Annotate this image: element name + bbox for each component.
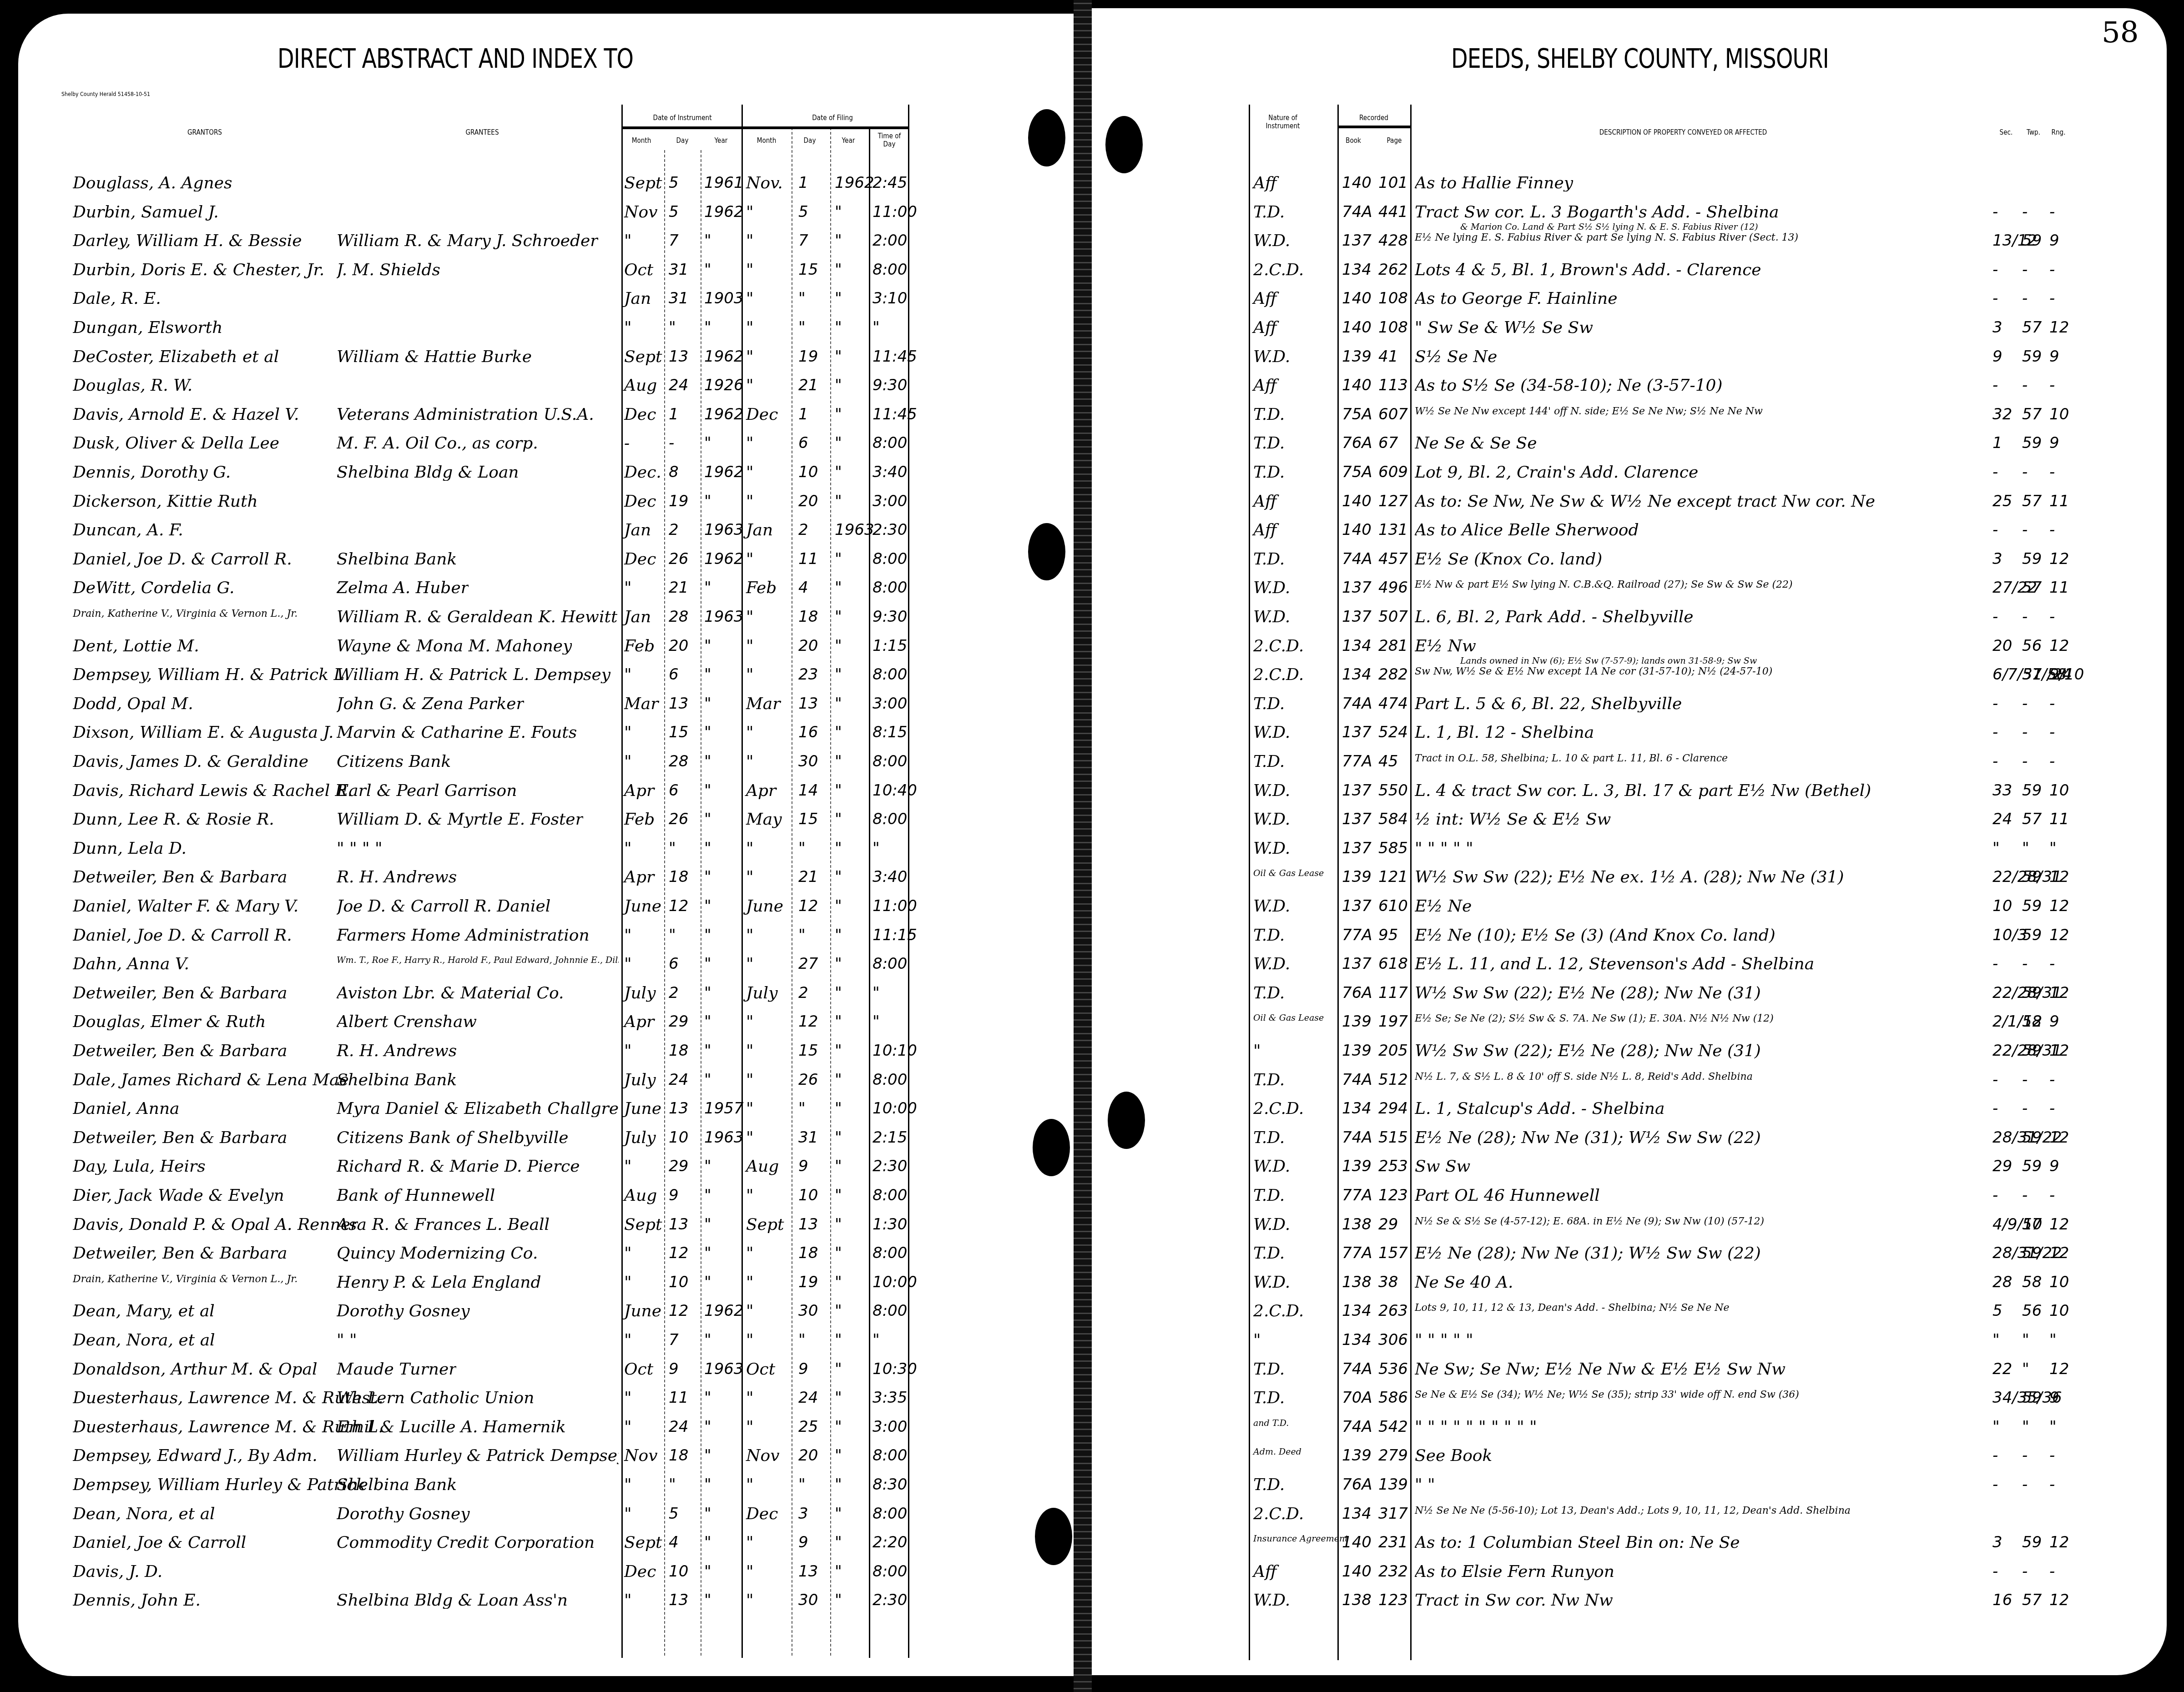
- cell-nature: Oil & Gas Lease: [1253, 1014, 1324, 1022]
- cell-nature: W.D.: [1253, 233, 1290, 249]
- cell-grantor: Dodd, Opal M.: [73, 696, 193, 712]
- cell-time: 2:30: [873, 1158, 907, 1174]
- cell-file-day: 21: [798, 378, 818, 393]
- cell-grantor: Dempsey, William Hurley & Patrick: [73, 1477, 366, 1493]
- cell-inst-day: 19: [669, 493, 688, 509]
- cell-file-month: ": [746, 1188, 754, 1204]
- cell-book: 139: [1342, 1043, 1372, 1058]
- cell-rng: 10: [2049, 1274, 2069, 1290]
- cell-twp: 59: [2022, 349, 2042, 364]
- cell-file-day: ": [798, 841, 806, 856]
- cell-rng: -: [2049, 291, 2055, 306]
- cell-twp: 59: [2022, 551, 2042, 567]
- binder-hole: [1108, 1092, 1145, 1149]
- cell-twp: 59: [2022, 233, 2042, 248]
- cell-twp: 59: [2022, 1043, 2042, 1058]
- cell-inst-year: 1961: [704, 175, 744, 191]
- year-header: Year: [707, 136, 735, 145]
- cell-file-year: ": [835, 1390, 842, 1405]
- cell-file-month: Nov.: [746, 175, 783, 191]
- cell-inst-year: 1962: [704, 551, 744, 567]
- cell-inst-day: -: [669, 435, 674, 451]
- cell-file-month: ": [746, 1419, 754, 1435]
- cell-file-day: 10: [798, 464, 818, 480]
- cell-rng: -: [2049, 725, 2055, 740]
- twp-header: Twp.: [2024, 128, 2043, 136]
- cell-sec: -: [1992, 204, 1998, 220]
- cell-page: 496: [1378, 580, 1408, 595]
- cell-inst-year: ": [704, 1477, 711, 1492]
- cell-inst-month: Jan: [624, 291, 651, 307]
- cell-grantee: Shelbina Bldg & Loan: [337, 464, 519, 481]
- cell-description: W½ Sw Sw (22); E½ Ne ex. 1½ A. (28); Nw …: [1415, 869, 1844, 886]
- cell-time: 8:00: [873, 811, 907, 827]
- cell-nature: W.D.: [1253, 956, 1290, 972]
- cell-inst-month: ": [624, 927, 632, 944]
- cell-nature: T.D.: [1253, 696, 1285, 712]
- cell-file-day: 20: [798, 638, 818, 654]
- cell-grantee: Emil & Lucille A. Hamernik: [337, 1419, 566, 1435]
- cell-time: 10:40: [873, 783, 917, 798]
- cell-grantor: Davis, Richard Lewis & Rachel R.: [73, 783, 353, 799]
- cell-grantee: R. H. Andrews: [337, 1043, 457, 1059]
- cell-page: 45: [1378, 754, 1398, 769]
- cell-description: See Book: [1415, 1448, 1492, 1464]
- cell-file-day: 9: [798, 1535, 808, 1550]
- cell-description: W½ Sw Sw (22); E½ Ne (28); Nw Ne (31): [1415, 1043, 1761, 1059]
- cell-file-year: ": [835, 1506, 842, 1521]
- cell-file-year: ": [835, 1130, 842, 1145]
- cell-sec: ": [1992, 1332, 2000, 1348]
- cell-sec: -: [1992, 291, 1998, 306]
- nature-of-instrument-header: Nature of Instrument: [1264, 114, 1302, 131]
- cell-page: 542: [1378, 1419, 1408, 1435]
- cell-description: " " " " ": [1415, 1332, 1473, 1349]
- cell-grantee: John G. & Zena Parker: [337, 696, 524, 712]
- cell-file-month: ": [746, 1245, 754, 1262]
- cell-nature: W.D.: [1253, 349, 1290, 365]
- cell-twp: 59: [2022, 1130, 2042, 1145]
- cell-book: 75A: [1342, 407, 1372, 422]
- cell-inst-year: ": [704, 1332, 711, 1348]
- cell-rng: 9: [2049, 1158, 2059, 1174]
- cell-time: ": [873, 1332, 880, 1348]
- cell-grantor: Daniel, Joe & Carroll: [73, 1535, 246, 1551]
- cell-inst-month: Feb: [624, 811, 655, 828]
- cell-sec: 29: [1992, 1158, 2012, 1174]
- cell-book: 77A: [1342, 1188, 1372, 1203]
- cell-sec: 22: [1992, 1361, 2012, 1377]
- cell-description: Sw Nw, W½ Se & E½ Nw except 1A Ne cor (3…: [1415, 667, 1772, 677]
- cell-grantee: " ": [337, 1332, 357, 1349]
- cell-sec: 32: [1992, 407, 2012, 422]
- cell-page: 282: [1378, 667, 1408, 682]
- binder-hole: [1033, 1119, 1070, 1176]
- cell-time: 9:30: [873, 378, 907, 393]
- cell-time: 8:00: [873, 1245, 907, 1261]
- cell-inst-day: 10: [669, 1274, 688, 1290]
- cell-twp: 57: [2022, 580, 2042, 595]
- cell-nature: W.D.: [1253, 580, 1290, 596]
- cell-description: Tract in O.L. 58, Shelbina; L. 10 & part…: [1415, 754, 1728, 764]
- cell-file-year: ": [835, 638, 842, 654]
- cell-nature: T.D.: [1253, 1390, 1285, 1406]
- column-rule: [1410, 105, 1412, 1660]
- cell-inst-day: 8: [669, 464, 679, 480]
- cell-inst-month: Sept: [624, 175, 662, 191]
- cell-nature: T.D.: [1253, 1245, 1285, 1262]
- cell-grantee: Richard R. & Marie D. Pierce: [337, 1158, 580, 1175]
- cell-twp: 59: [2022, 783, 2042, 798]
- cell-description: As to: Se Nw, Ne Sw & W½ Ne except tract…: [1415, 493, 1875, 510]
- cell-file-month: ": [746, 551, 754, 568]
- cell-sec: 3: [1992, 320, 2002, 335]
- cell-time: 2:00: [873, 233, 907, 248]
- cell-page: 41: [1378, 349, 1398, 364]
- cell-file-month: ": [746, 1072, 754, 1088]
- cell-page: 294: [1378, 1101, 1408, 1116]
- cell-grantor: Douglas, Elmer & Ruth: [73, 1014, 266, 1030]
- cell-page: 610: [1378, 898, 1408, 914]
- cell-nature: 2.C.D.: [1253, 1506, 1304, 1522]
- cell-twp: ": [2022, 841, 2029, 856]
- cell-book: 74A: [1342, 1130, 1372, 1145]
- cell-inst-day: ": [669, 1477, 676, 1492]
- cell-inst-day: 9: [669, 1188, 679, 1203]
- cell-time: 2:45: [873, 175, 907, 191]
- cell-time: 1:30: [873, 1217, 907, 1232]
- cell-nature: T.D.: [1253, 551, 1285, 568]
- cell-sec: 9: [1992, 349, 2002, 364]
- cell-nature: W.D.: [1253, 783, 1290, 799]
- cell-inst-day: 13: [669, 1592, 688, 1608]
- cell-book: 137: [1342, 233, 1372, 248]
- cell-inst-month: Jan: [624, 609, 651, 625]
- cell-file-day: 15: [798, 1043, 818, 1058]
- cell-book: 137: [1342, 725, 1372, 740]
- column-rule: [621, 105, 623, 1658]
- cell-nature: Aff: [1253, 291, 1277, 307]
- cell-nature: W.D.: [1253, 841, 1290, 857]
- cell-rng: -: [2049, 754, 2055, 769]
- cell-inst-year: ": [704, 1217, 711, 1232]
- cell-inst-day: 6: [669, 956, 679, 972]
- filing-day-header: Day: [796, 136, 823, 145]
- cell-inst-day: 29: [669, 1158, 688, 1174]
- cell-sec: -: [1992, 464, 1998, 480]
- cell-inst-year: 1926: [704, 378, 744, 393]
- cell-description: Part OL 46 Hunnewell: [1415, 1188, 1600, 1204]
- cell-file-year: ": [835, 1303, 842, 1319]
- cell-file-month: ": [746, 1564, 754, 1580]
- cell-grantor: Daniel, Joe D. & Carroll R.: [73, 927, 292, 944]
- cell-inst-month: ": [624, 841, 632, 857]
- cell-file-month: ": [746, 1014, 754, 1030]
- cell-page: 507: [1378, 609, 1408, 624]
- cell-rng: 10: [2049, 783, 2069, 798]
- cell-description: Tract Sw cor. L. 3 Bogarth's Add. - Shel…: [1415, 204, 1779, 221]
- cell-file-month: Oct: [746, 1361, 775, 1378]
- cell-description: Part L. 5 & 6, Bl. 22, Shelbyville: [1415, 696, 1682, 712]
- header-rule: [1337, 126, 1410, 128]
- cell-twp: ": [2022, 1332, 2029, 1348]
- cell-page: 67: [1378, 435, 1398, 451]
- cell-inst-day: 13: [669, 349, 688, 364]
- cell-file-day: 12: [798, 898, 818, 914]
- cell-time: 9:30: [873, 609, 907, 624]
- cell-file-year: ": [835, 1448, 842, 1463]
- cell-file-day: 30: [798, 754, 818, 769]
- cell-description: L. 1, Stalcup's Add. - Shelbina: [1415, 1101, 1664, 1117]
- cell-page: 306: [1378, 1332, 1408, 1348]
- cell-page: 428: [1378, 233, 1408, 248]
- cell-file-month: ": [746, 233, 754, 249]
- cell-description: E½ Se; Se Ne (2); S½ Sw & S. 7A. Ne Sw (…: [1415, 1014, 1774, 1024]
- printer-imprint: Shelby County Herald 51458-10-51: [61, 91, 150, 98]
- column-rule: [792, 127, 792, 1656]
- cell-book: 139: [1342, 1014, 1372, 1029]
- cell-twp: ": [2022, 1361, 2029, 1377]
- cell-file-year: ": [835, 985, 842, 1001]
- cell-file-day: 30: [798, 1303, 818, 1319]
- cell-time: 3:40: [873, 869, 907, 885]
- cell-rng: -: [2049, 956, 2055, 972]
- cell-grantee: Shelbina Bank: [337, 551, 457, 568]
- cell-rng: 12: [2049, 869, 2069, 885]
- cell-file-day: 9: [798, 1158, 808, 1174]
- cell-grantee: Dorothy Gosney: [337, 1506, 470, 1522]
- cell-rng: -: [2049, 1477, 2055, 1492]
- cell-page: 279: [1378, 1448, 1408, 1463]
- column-rule: [908, 105, 909, 1658]
- cell-inst-day: 11: [669, 1390, 688, 1405]
- cell-file-day: 23: [798, 667, 818, 682]
- cell-description: " ": [1415, 1477, 1435, 1493]
- cell-rng: -: [2049, 1448, 2055, 1463]
- cell-grantee: Albert Crenshaw: [337, 1014, 477, 1030]
- cell-description: " Sw Se & W½ Se Sw: [1415, 320, 1593, 336]
- cell-grantee: William H. & Patrick L. Dempsey: [337, 667, 610, 683]
- filing-year-header: Year: [835, 136, 862, 145]
- cell-nature: Aff: [1253, 320, 1277, 336]
- cell-file-month: ": [746, 1332, 754, 1349]
- cell-description: As to Hallie Finney: [1415, 175, 1573, 191]
- cell-nature: Oil & Gas Lease: [1253, 869, 1324, 878]
- cell-inst-year: 1962: [704, 349, 744, 364]
- cell-book: 140: [1342, 522, 1372, 538]
- cell-file-day: 11: [798, 551, 818, 567]
- cell-inst-month: Oct: [624, 1361, 653, 1378]
- cell-book: 74A: [1342, 696, 1372, 711]
- cell-page: 618: [1378, 956, 1408, 972]
- cell-rng: 12: [2049, 1535, 2069, 1550]
- cell-inst-year: 1962: [704, 204, 744, 220]
- cell-twp: 57: [2022, 811, 2042, 827]
- cell-inst-month: Nov: [624, 1448, 658, 1464]
- cell-sec: -: [1992, 1072, 1998, 1088]
- cell-description: ½ int: W½ Se & E½ Sw: [1415, 811, 1611, 828]
- cell-book: 134: [1342, 1332, 1372, 1348]
- cell-book: 74A: [1342, 551, 1372, 567]
- cell-rng: 12: [2049, 1043, 2069, 1058]
- cell-inst-day: 20: [669, 638, 688, 654]
- cell-sec: 5: [1992, 1303, 2002, 1319]
- cell-inst-day: 6: [669, 667, 679, 682]
- cell-file-day: 18: [798, 1245, 818, 1261]
- cell-sec: -: [1992, 378, 1998, 393]
- cell-file-day: 2: [798, 985, 808, 1001]
- cell-time: 11:45: [873, 349, 917, 364]
- cell-file-day: 21: [798, 869, 818, 885]
- cell-grantor: Davis, J. D.: [73, 1564, 162, 1580]
- cell-file-year: ": [835, 349, 842, 364]
- cell-grantor: DeCoster, Elizabeth et al: [73, 349, 279, 365]
- cell-book: 75A: [1342, 464, 1372, 480]
- cell-file-month: ": [746, 869, 754, 886]
- cell-inst-year: ": [704, 783, 711, 798]
- cell-grantee: William D. & Myrtle E. Foster: [337, 811, 583, 828]
- cell-time: 2:30: [873, 1592, 907, 1608]
- cell-inst-month: ": [624, 320, 632, 336]
- cell-time: 8:00: [873, 667, 907, 682]
- cell-grantor: Detweiler, Ben & Barbara: [73, 1130, 287, 1146]
- cell-inst-day: 4: [669, 1535, 679, 1550]
- cell-time: 3:10: [873, 291, 907, 306]
- cell-twp: -: [2022, 378, 2028, 393]
- cell-file-month: ": [746, 349, 754, 365]
- cell-grantor: Dahn, Anna V.: [73, 956, 189, 972]
- cell-inst-year: ": [704, 985, 711, 1001]
- cell-description: E½ Ne (28); Nw Ne (31); W½ Sw Sw (22): [1415, 1245, 1761, 1262]
- cell-nature: T.D.: [1253, 1188, 1285, 1204]
- cell-grantor: Dungan, Elsworth: [73, 320, 222, 336]
- cell-page: 197: [1378, 1014, 1408, 1029]
- cell-rng: 12: [2049, 638, 2069, 654]
- cell-rng: 12: [2049, 1361, 2069, 1377]
- cell-time: 2:15: [873, 1130, 907, 1145]
- cell-book: 138: [1342, 1217, 1372, 1232]
- cell-page: 205: [1378, 1043, 1408, 1058]
- cell-page: 117: [1378, 985, 1408, 1001]
- cell-rng: -: [2049, 464, 2055, 480]
- cell-inst-month: Dec: [624, 493, 656, 510]
- cell-grantee: Zelma A. Huber: [337, 580, 469, 596]
- cell-rng: 12: [2049, 320, 2069, 335]
- cell-file-year: ": [835, 262, 842, 277]
- cell-file-day: 5: [798, 204, 808, 220]
- column-rule: [830, 127, 831, 1656]
- cell-time: ": [873, 985, 880, 1001]
- cell-inst-year: ": [704, 1390, 711, 1405]
- cell-nature: ": [1253, 1043, 1261, 1059]
- cell-page: 550: [1378, 783, 1408, 798]
- cell-grantor: Dempsey, William H. & Patrick L.: [73, 667, 350, 683]
- cell-file-day: ": [798, 927, 806, 943]
- cell-book: 140: [1342, 291, 1372, 306]
- cell-grantor: Drain, Katherine V., Virginia & Vernon L…: [73, 609, 298, 619]
- cell-time: ": [873, 841, 880, 856]
- cell-file-month: ": [746, 754, 754, 770]
- cell-file-day: ": [798, 291, 806, 306]
- cell-inst-month: Dec: [624, 407, 656, 423]
- cell-grantor: Dean, Nora, et al: [73, 1332, 215, 1349]
- cell-book: 134: [1342, 667, 1372, 682]
- cell-inst-day: 13: [669, 1217, 688, 1232]
- cell-nature: 2.C.D.: [1253, 262, 1304, 278]
- cell-grantee: Bank of Hunnewell: [337, 1188, 495, 1204]
- cell-file-year: ": [835, 291, 842, 306]
- cell-grantee: Henry P. & Lela England: [337, 1274, 541, 1291]
- cell-time: 10:30: [873, 1361, 917, 1377]
- cell-page: 123: [1378, 1188, 1408, 1203]
- column-rule: [664, 150, 665, 1656]
- cell-grantee: Shelbina Bank: [337, 1072, 457, 1088]
- cell-file-year: ": [835, 609, 842, 624]
- cell-page: 512: [1378, 1072, 1408, 1088]
- cell-nature: T.D.: [1253, 985, 1285, 1002]
- cell-twp: -: [2022, 1448, 2028, 1463]
- cell-file-day: 31: [798, 1130, 818, 1145]
- date-of-filing-header: Date of Filing: [761, 114, 904, 122]
- cell-inst-month: ": [624, 1274, 632, 1291]
- cell-sec: 16: [1992, 1592, 2012, 1608]
- binder-hole: [1028, 109, 1065, 166]
- cell-rng: -: [2049, 1101, 2055, 1116]
- cell-description: As to: 1 Columbian Steel Bin on: Ne Se: [1415, 1535, 1740, 1551]
- cell-nature: Aff: [1253, 522, 1277, 539]
- cell-page: 108: [1378, 291, 1408, 306]
- cell-file-day: 15: [798, 262, 818, 277]
- cell-inst-day: 1: [669, 407, 679, 422]
- cell-time: 10:10: [873, 1043, 917, 1058]
- cell-sec: -: [1992, 522, 1998, 538]
- cell-description: Lot 9, Bl. 2, Crain's Add. Clarence: [1415, 464, 1698, 481]
- cell-rng: 12: [2049, 985, 2069, 1001]
- cell-file-day: 15: [798, 811, 818, 827]
- cell-grantee: Citizens Bank of Shelbyville: [337, 1130, 568, 1146]
- cell-inst-day: 13: [669, 1101, 688, 1116]
- cell-inst-month: July: [624, 985, 656, 1002]
- cell-nature: T.D.: [1253, 407, 1285, 423]
- right-title: DEEDS, SHELBY COUNTY, MISSOURI: [1451, 43, 1829, 74]
- cell-twp: -: [2022, 464, 2028, 480]
- cell-nature: 2.C.D.: [1253, 667, 1304, 683]
- cell-inst-day: 24: [669, 378, 688, 393]
- cell-grantee: William Hurley & Patrick Dempsey: [337, 1448, 619, 1464]
- cell-inst-month: Sept: [624, 1535, 662, 1551]
- cell-grantee: Asa R. & Frances L. Beall: [337, 1217, 550, 1233]
- cell-description: S½ Se Ne: [1415, 349, 1497, 365]
- cell-rng: 9: [2049, 233, 2059, 248]
- cell-grantor: Dale, James Richard & Lena Mae: [73, 1072, 349, 1088]
- cell-page: 474: [1378, 696, 1408, 711]
- cell-file-year: ": [835, 667, 842, 682]
- cell-file-year: ": [835, 1332, 842, 1348]
- cell-time: ": [873, 320, 880, 335]
- cell-nature: Aff: [1253, 378, 1277, 394]
- cell-time: 10:00: [873, 1274, 917, 1290]
- cell-file-year: ": [835, 551, 842, 567]
- day-header: Day: [669, 136, 696, 145]
- cell-inst-year: 1962: [704, 1303, 744, 1319]
- cell-inst-year: ": [704, 493, 711, 509]
- cell-sec: 24: [1992, 811, 2012, 827]
- cell-twp: 59: [2022, 1390, 2042, 1405]
- cell-inst-day: 9: [669, 1361, 679, 1377]
- cell-file-year: 1962: [835, 175, 874, 191]
- cell-sec: -: [1992, 1101, 1998, 1116]
- cell-inst-day: 26: [669, 811, 688, 827]
